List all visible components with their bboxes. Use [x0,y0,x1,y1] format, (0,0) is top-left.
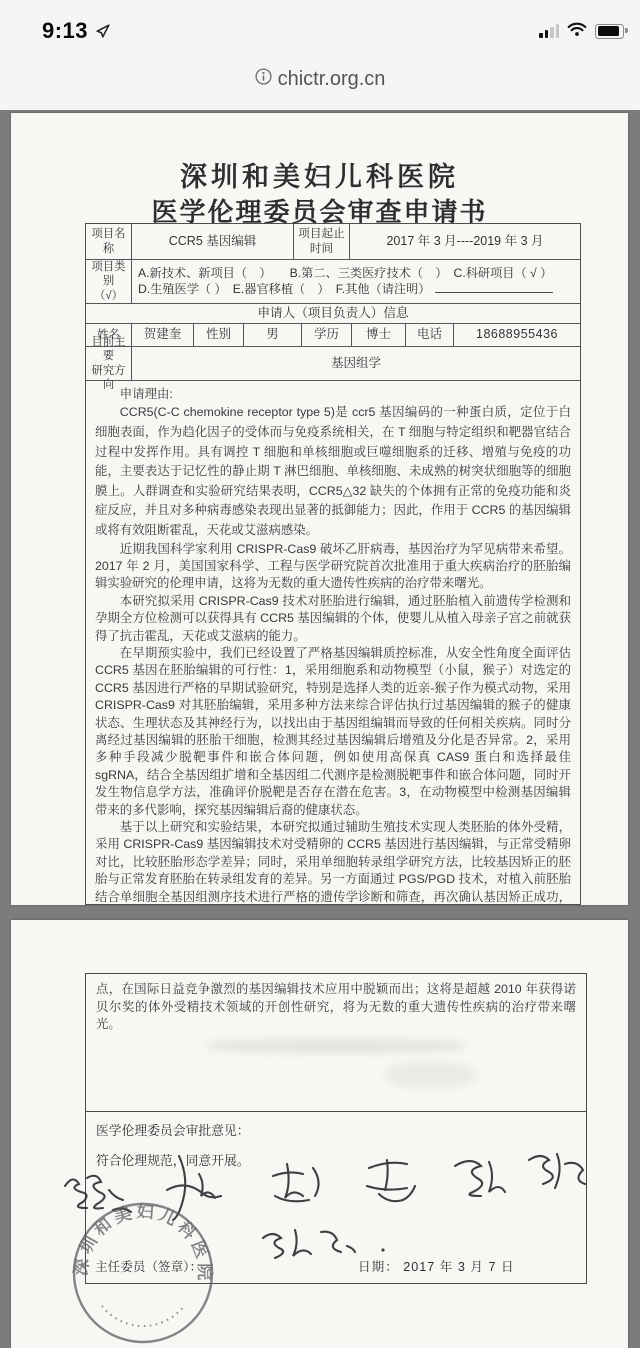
svg-text:深圳和美妇儿科医院: 深圳和美妇儿科医院 [71,1201,215,1284]
category-options: A.新技术、新项目（ ） B.第二、三类医疗技术（ ） C.科研项目（ √ ） … [132,260,580,303]
browser-chrome: 9:13 c [0,0,640,110]
hospital-title: 深圳和美妇儿科医院 [11,155,628,194]
status-time: 9:13 [42,18,88,44]
battery-icon [595,24,624,39]
table-row: 项目名称 CCR5 基因编辑 项目起止 时间 2017 年 3 月----201… [86,224,580,260]
continuation-text: 点，在国际日益竞争激烈的基因编辑技术应用中脱颖而出；这将是超越 2010 年获得… [86,974,586,1034]
document-page-2: 点，在国际日益竞争激烈的基因编辑技术应用中脱颖而出；这将是超越 2010 年获得… [11,920,628,1348]
ethics-opinion-label: 医学伦理委员会审批意见： [96,1120,250,1139]
name-value: 贺建奎 [132,324,194,346]
gender-value: 男 [244,324,302,346]
reason-paragraph: CCR5(C-C chemokine receptor type 5)是 ccr… [95,403,571,540]
degree-value: 博士 [352,324,406,346]
duration-label: 项目起止 时间 [294,224,350,259]
info-circle-icon [255,68,272,91]
degree-label: 学历 [302,324,352,346]
table-row: 目前主要 研究方向 基因组学 [86,347,580,381]
url-bar[interactable]: chictr.org.cn [0,68,640,91]
table-row: 姓名 贺建奎 性别 男 学历 博士 电话 18688955436 [86,324,580,347]
project-name-value: CCR5 基因编辑 [132,224,294,259]
category-label: 项目类别 （√） [86,260,132,303]
status-bar: 9:13 [0,14,640,48]
hospital-round-stamp: 深圳和美妇儿科医院 [68,1198,218,1348]
url-text: chictr.org.cn [278,68,386,91]
research-direction-label: 目前主要 研究方向 [86,347,132,380]
section-divider [85,1111,587,1112]
table-row: 申请人（项目负责人）信息 [86,304,580,324]
reason-paragraph: 在早期预实验中，我们已经设置了严格基因编辑质控标准，从安全性角度全面评估 CCR… [95,645,571,819]
scan-bleedthrough [206,1039,466,1053]
document-page-1: 深圳和美妇儿科医院 医学伦理委员会审查申请书 项目名称 CCR5 基因编辑 项目… [11,113,628,905]
location-arrow-icon [95,23,111,39]
duration-value: 2017 年 3 月----2019 年 3 月 [350,224,580,259]
category-options-line2: D.生殖医学（ ） E.器官移植（ ） F.其他（请注明） [138,281,553,297]
applicant-info-header: 申请人（项目负责人）信息 [86,304,580,323]
scan-bleedthrough [386,1062,476,1088]
cellular-signal-icon [539,24,559,38]
web-content-area: 深圳和美妇儿科医院 医学伦理委员会审查申请书 项目名称 CCR5 基因编辑 项目… [0,110,640,1348]
application-reason-cell: 申请理由: CCR5(C-C chemokine receptor type 5… [86,381,580,906]
other-blank-line [435,281,553,293]
reason-paragraph: 本研究拟采用 CRISPR-Cas9 技术对胚胎进行编辑，通过胚胎植入前遗传学检… [95,593,571,645]
stamp-text: 深圳和美妇儿科医院 [71,1201,215,1284]
reason-paragraph: 基于以上研究和实验结果，本研究拟通过辅助生殖技术实现人类胚胎的体外受精，采用 C… [95,819,571,906]
phone-label: 电话 [406,324,454,346]
phone-value: 18688955436 [454,324,580,346]
category-options-line1: A.新技术、新项目（ ） B.第二、三类医疗技术（ ） C.科研项目（ √ ） [138,266,552,281]
reason-paragraph: 近期我国科学家利用 CRISPR-Cas9 破坏乙肝病毒，基因治疗为罕见病带来希… [95,541,571,593]
application-form-table: 项目名称 CCR5 基因编辑 项目起止 时间 2017 年 3 月----201… [85,223,581,905]
project-name-label: 项目名称 [86,224,132,259]
reason-label: 申请理由: [95,386,571,403]
wifi-icon [566,21,588,42]
research-direction-value: 基因组学 [132,347,580,380]
gender-label: 性别 [194,324,244,346]
table-row: 项目类别 （√） A.新技术、新项目（ ） B.第二、三类医疗技术（ ） C.科… [86,260,580,304]
